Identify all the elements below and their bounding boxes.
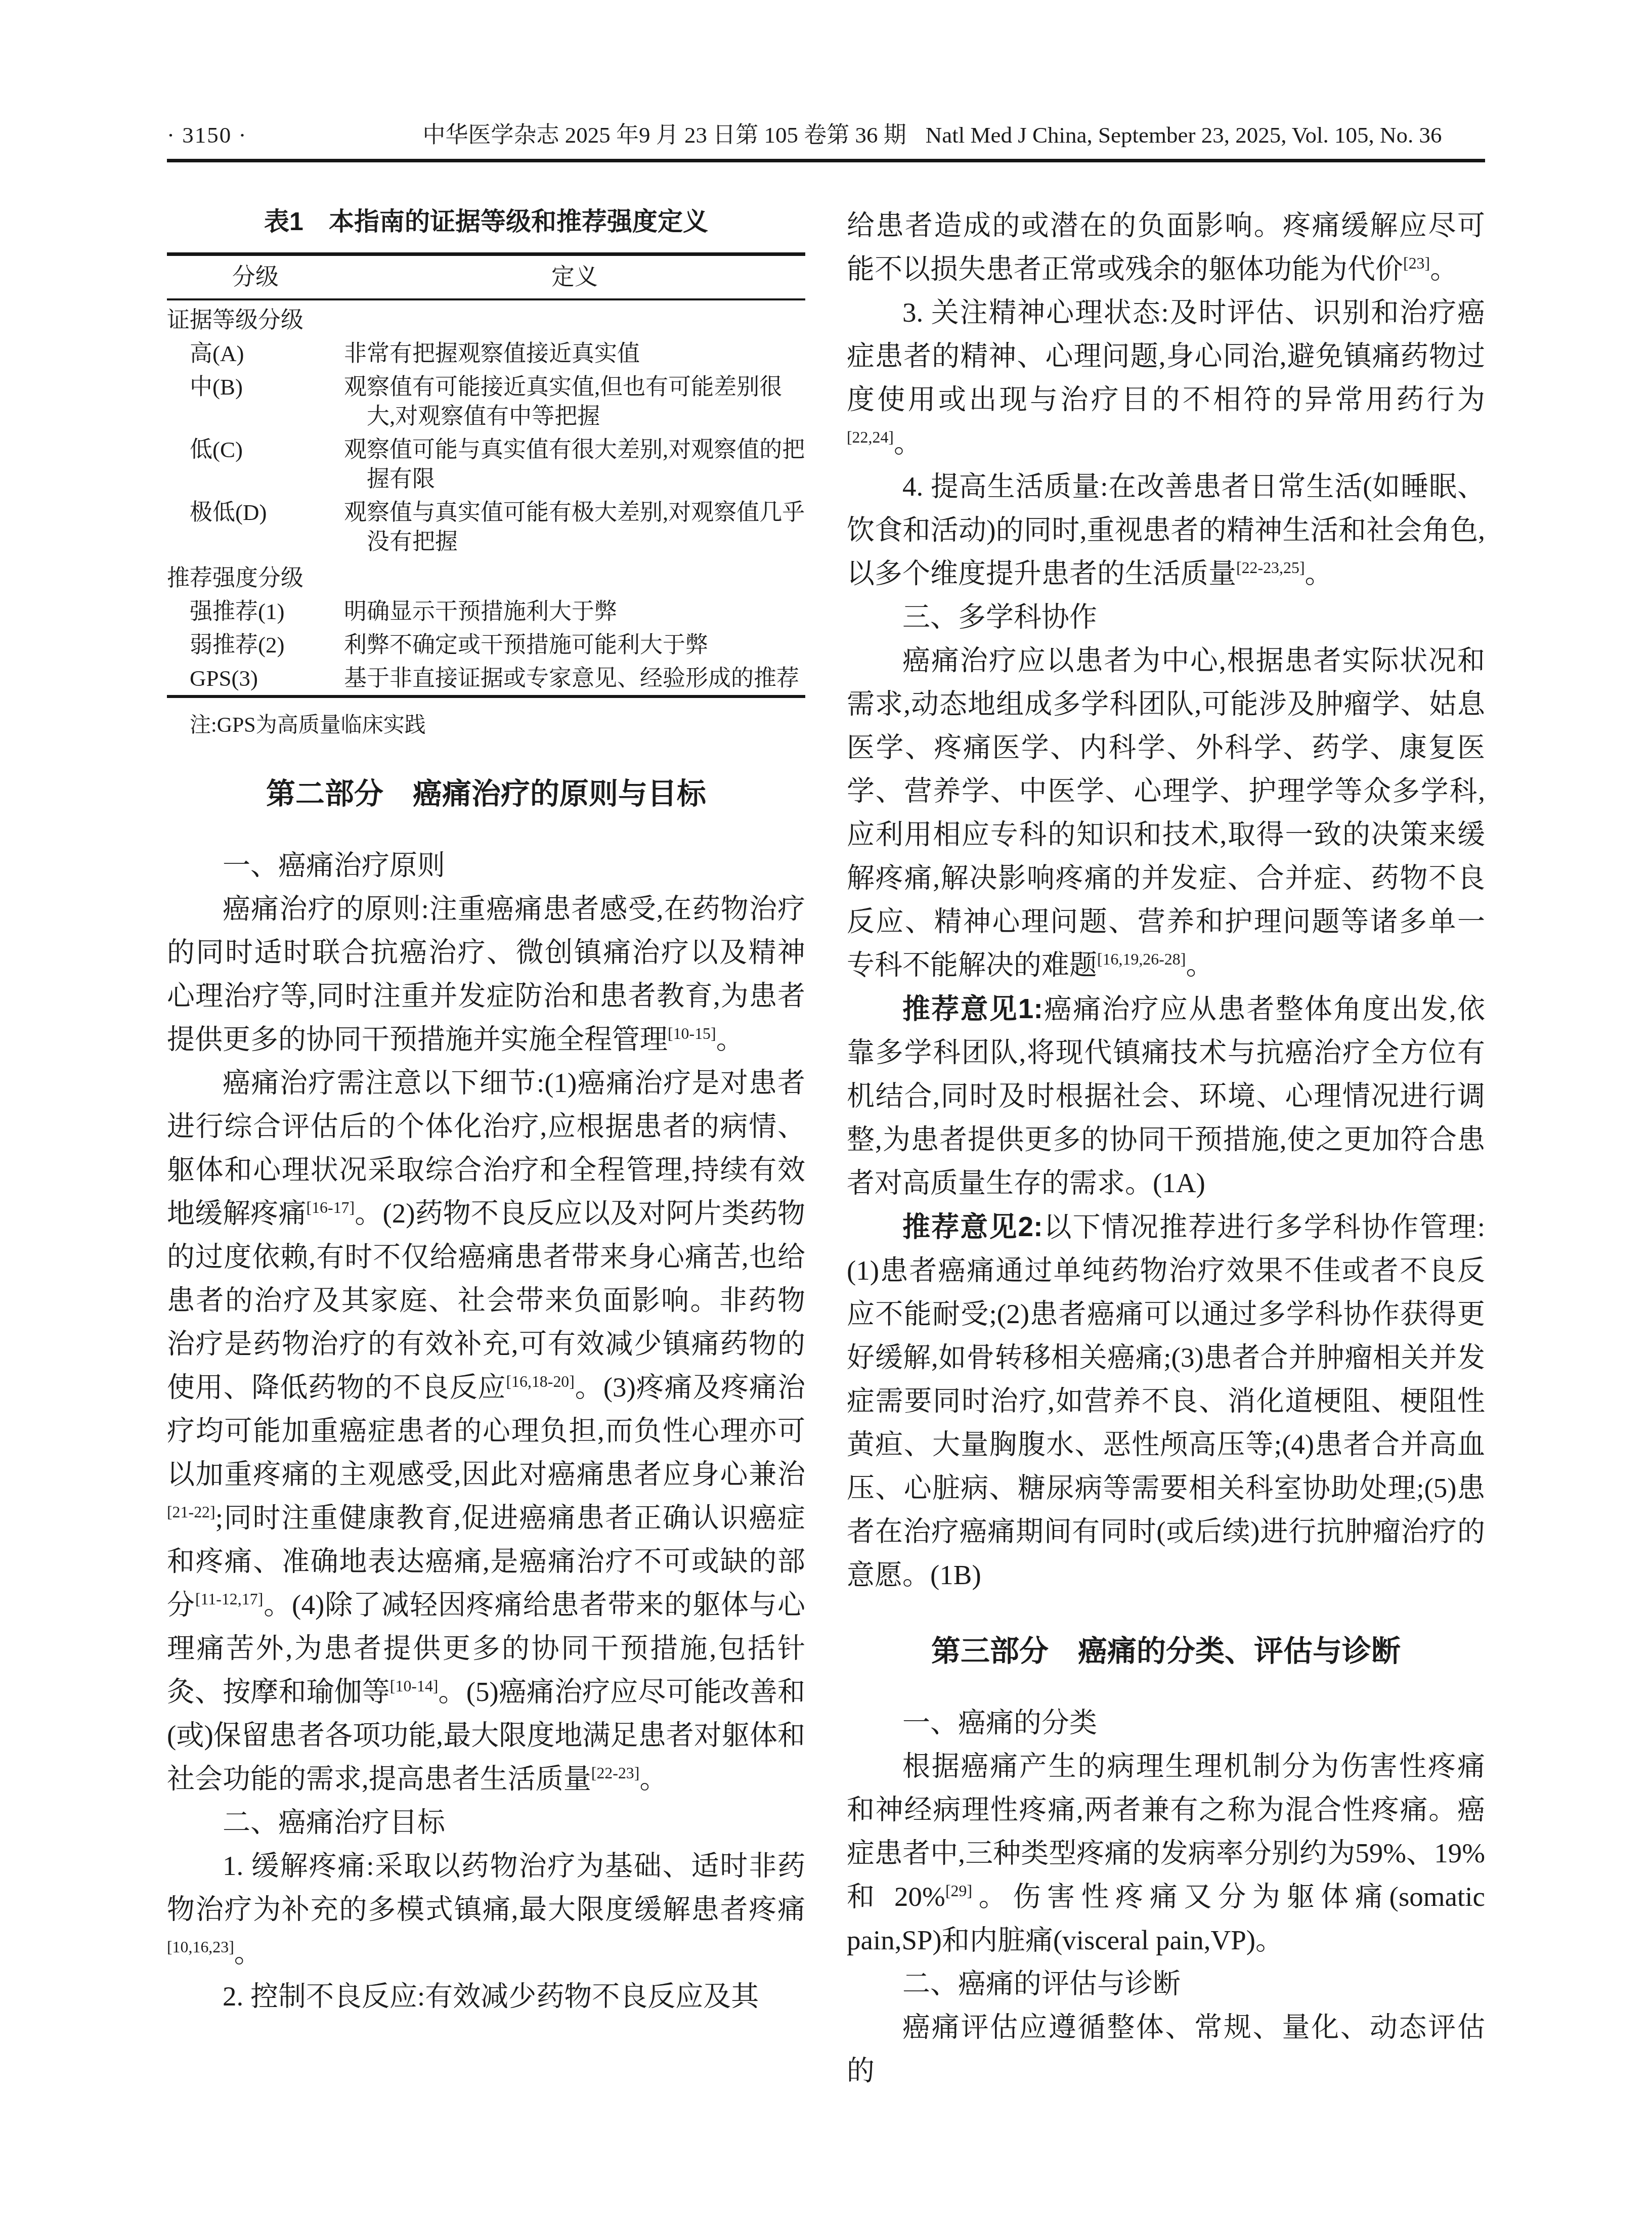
table-cell-definition: 观察值与真实值可能有极大差别,对观察值几乎没有把握 [344, 496, 805, 558]
table-cell-label: 极低(D) [167, 496, 344, 558]
table-row: GPS(3)基于非直接证据或专家意见、经验形成的推荐 [167, 662, 805, 696]
table-header-definition: 定义 [344, 254, 805, 300]
subsection-heading-3: 三、多学科协作 [847, 595, 1485, 639]
table-row: 极低(D)观察值与真实值可能有极大差别,对观察值几乎没有把握 [167, 496, 805, 558]
recommendation-2: 推荐意见2:以下情况推荐进行多学科协作管理:(1)患者癌痛通过单纯药物治疗效果不… [847, 1205, 1485, 1597]
table-row: 中(B)观察值有可能接近真实值,但也有可能差别很大,对观察值有中等把握 [167, 370, 805, 433]
recommendation-2-label: 推荐意见2: [902, 1211, 1042, 1242]
recommendation-2-text: 以下情况推荐进行多学科协作管理:(1)患者癌痛通过单纯药物治疗效果不佳或者不良反… [847, 1211, 1485, 1590]
subsection-heading-5: 二、癌痛的评估与诊断 [847, 1962, 1485, 2005]
paragraph-principles-1: 癌痛治疗的原则:注重癌痛患者感受,在药物治疗的同时适时联合抗癌治疗、微创镇痛治疗… [167, 887, 805, 1061]
text-columns: 表1 本指南的证据等级和推荐强度定义 分级 定义 证据等级分级 高(A)非常有把… [167, 204, 1485, 2092]
table-1-block: 表1 本指南的证据等级和推荐强度定义 分级 定义 证据等级分级 高(A)非常有把… [167, 206, 805, 739]
paragraph-goal-2-continued: 给患者造成的或潜在的负面影响。疼痛缓解应尽可能不以损失患者正常或残余的躯体功能为… [847, 204, 1485, 291]
table-1-title: 表1 本指南的证据等级和推荐强度定义 [167, 206, 805, 237]
table-header-grade: 分级 [167, 254, 344, 300]
table-header-row: 分级 定义 [167, 254, 805, 300]
journal-citation-en: Natl Med J China, September 23, 2025, Vo… [926, 122, 1442, 148]
table-row: 强推荐(1)明确显示干预措施利大于弊 [167, 595, 805, 628]
paragraph-principles-details: 癌痛治疗需注意以下细节:(1)癌痛治疗是对患者进行综合评估后的个体化治疗,应根据… [167, 1061, 805, 1801]
page-number: · 3150 · [167, 120, 379, 150]
table-group-label: 证据等级分级 [167, 299, 805, 337]
table-cell-definition: 明确显示干预措施利大于弊 [344, 595, 805, 628]
journal-page: { "colors": { "background": "#ffffff", "… [0, 0, 1652, 2225]
table-cell-label: 强推荐(1) [167, 595, 344, 628]
paragraph-goal-1: 1. 缓解疼痛:采取以药物治疗为基础、适时非药物治疗为补充的多模式镇痛,最大限度… [167, 1844, 805, 1975]
subsection-heading-2: 二、癌痛治疗目标 [167, 1801, 805, 1844]
paragraph-goal-2: 2. 控制不良反应:有效减少药物不良反应及其 [167, 1975, 805, 2018]
table-group-label: 推荐强度分级 [167, 558, 805, 595]
table-cell-label: 中(B) [167, 370, 344, 433]
section-heading-part3: 第三部分 癌痛的分类、评估与诊断 [847, 1630, 1485, 1673]
paragraph-classification: 根据癌痛产生的病理生理机制分为伤害性疼痛和神经病理性疼痛,两者兼有之称为混合性疼… [847, 1744, 1485, 1962]
paragraph-goal-3: 3. 关注精神心理状态:及时评估、识别和治疗癌症患者的精神、心理问题,身心同治,… [847, 291, 1485, 465]
table-row-group: 证据等级分级 [167, 299, 805, 337]
table-cell-definition: 基于非直接证据或专家意见、经验形成的推荐 [344, 662, 805, 696]
recommendation-1: 推荐意见1:癌痛治疗应从患者整体角度出发,依靠多学科团队,将现代镇痛技术与抗癌治… [847, 987, 1485, 1205]
evidence-grade-table: 分级 定义 证据等级分级 高(A)非常有把握观察值接近真实值 中(B)观察值有可… [167, 252, 805, 698]
paragraph-goal-4: 4. 提高生活质量:在改善患者日常生活(如睡眠、饮食和活动)的同时,重视患者的精… [847, 465, 1485, 595]
page-content: · 3150 · 中华医学杂志 2025 年9 月 23 日第 105 卷第 3… [167, 120, 1485, 2092]
table-cell-label: 低(C) [167, 433, 344, 496]
left-column: 表1 本指南的证据等级和推荐强度定义 分级 定义 证据等级分级 高(A)非常有把… [167, 204, 805, 2092]
journal-citation-cn: 中华医学杂志 2025 年9 月 23 日第 105 卷第 36 期 [422, 122, 906, 148]
table-cell-label: GPS(3) [167, 662, 344, 696]
table-cell-label: 高(A) [167, 337, 344, 370]
running-head: · 3150 · 中华医学杂志 2025 年9 月 23 日第 105 卷第 3… [167, 120, 1485, 150]
journal-citation: 中华医学杂志 2025 年9 月 23 日第 105 卷第 36 期Natl M… [379, 120, 1485, 150]
table-cell-definition: 利弊不确定或干预措施可能利大于弊 [344, 628, 805, 662]
section-heading-part2: 第二部分 癌痛治疗的原则与目标 [167, 773, 805, 815]
table-cell-definition: 观察值有可能接近真实值,但也有可能差别很大,对观察值有中等把握 [344, 370, 805, 433]
table-row-group: 推荐强度分级 [167, 558, 805, 595]
table-cell-definition: 非常有把握观察值接近真实值 [344, 337, 805, 370]
paragraph-assessment: 癌痛评估应遵循整体、常规、量化、动态评估的 [847, 2005, 1485, 2092]
table-row: 弱推荐(2)利弊不确定或干预措施可能利大于弊 [167, 628, 805, 662]
table-row: 低(C)观察值可能与真实值有很大差别,对观察值的把握有限 [167, 433, 805, 496]
header-rule [167, 159, 1485, 162]
paragraph-multidisciplinary: 癌痛治疗应以患者为中心,根据患者实际状况和需求,动态地组成多学科团队,可能涉及肿… [847, 639, 1485, 987]
table-cell-label: 弱推荐(2) [167, 628, 344, 662]
right-column: 给患者造成的或潜在的负面影响。疼痛缓解应尽可能不以损失患者正常或残余的躯体功能为… [847, 204, 1485, 2092]
table-row: 高(A)非常有把握观察值接近真实值 [167, 337, 805, 370]
recommendation-1-label: 推荐意见1: [902, 993, 1043, 1024]
subsection-heading-1: 一、癌痛治疗原则 [167, 844, 805, 887]
subsection-heading-4: 一、癌痛的分类 [847, 1701, 1485, 1744]
table-1-note: 注:GPS为高质量临床实践 [167, 711, 805, 739]
table-cell-definition: 观察值可能与真实值有很大差别,对观察值的把握有限 [344, 433, 805, 496]
